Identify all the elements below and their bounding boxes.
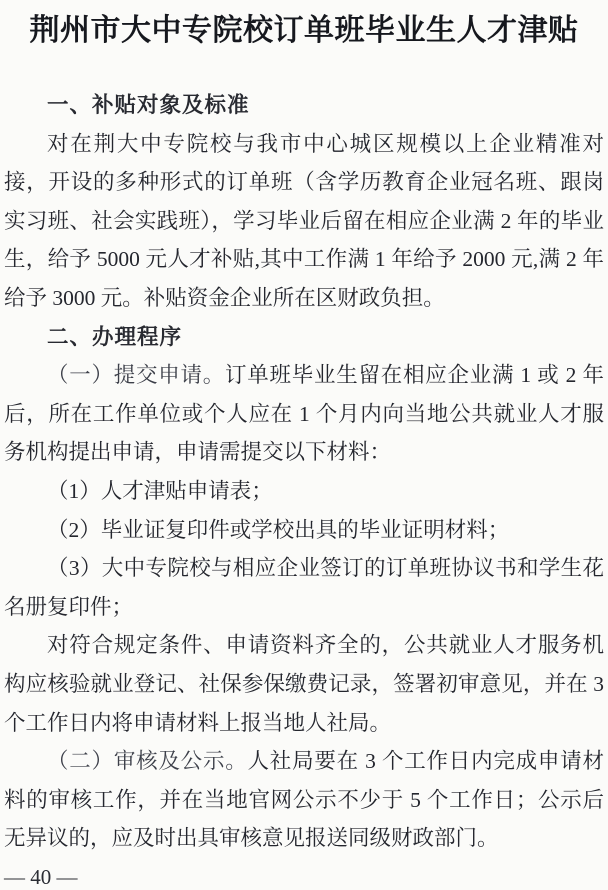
section-heading-2: 二、办理程序 xyxy=(4,318,604,357)
list-item-2: （2）毕业证复印件或学校出具的毕业证明材料； xyxy=(4,511,604,550)
paragraph-verification: 对符合规定条件、申请资料齐全的，公共就业人才服务机构应核验就业登记、社保参保缴费… xyxy=(4,626,604,742)
paragraph-submit-application: （一）提交申请。订单班毕业生留在相应企业满 1 或 2 年后，所在工作单位或个人… xyxy=(4,356,604,472)
paragraph-lead-submit: （一）提交申请。 xyxy=(47,363,225,387)
document-title: 荆州市大中专院校订单班毕业生人才津贴 xyxy=(4,10,604,52)
paragraph-lead-review: （二）审核及公示。 xyxy=(47,749,248,773)
paragraph-subsidy-standard: 对在荆大中专院校与我市中心城区规模以上企业精准对接，开设的多种形式的订单班（含学… xyxy=(4,125,604,318)
list-item-3: （3）大中专院校与相应企业签订的订单班协议书和学生花名册复印件； xyxy=(4,549,604,626)
document-page: 荆州市大中专院校订单班毕业生人才津贴 一、补贴对象及标准 对在荆大中专院校与我市… xyxy=(0,0,608,890)
paragraph-review-publicity: （二）审核及公示。人社局要在 3 个工作日内完成申请材料的审核工作，并在当地官网… xyxy=(4,742,604,858)
list-item-1: （1）人才津贴申请表； xyxy=(4,472,604,511)
page-number: — 40 — xyxy=(4,859,604,890)
section-heading-1: 一、补贴对象及标准 xyxy=(4,86,604,125)
